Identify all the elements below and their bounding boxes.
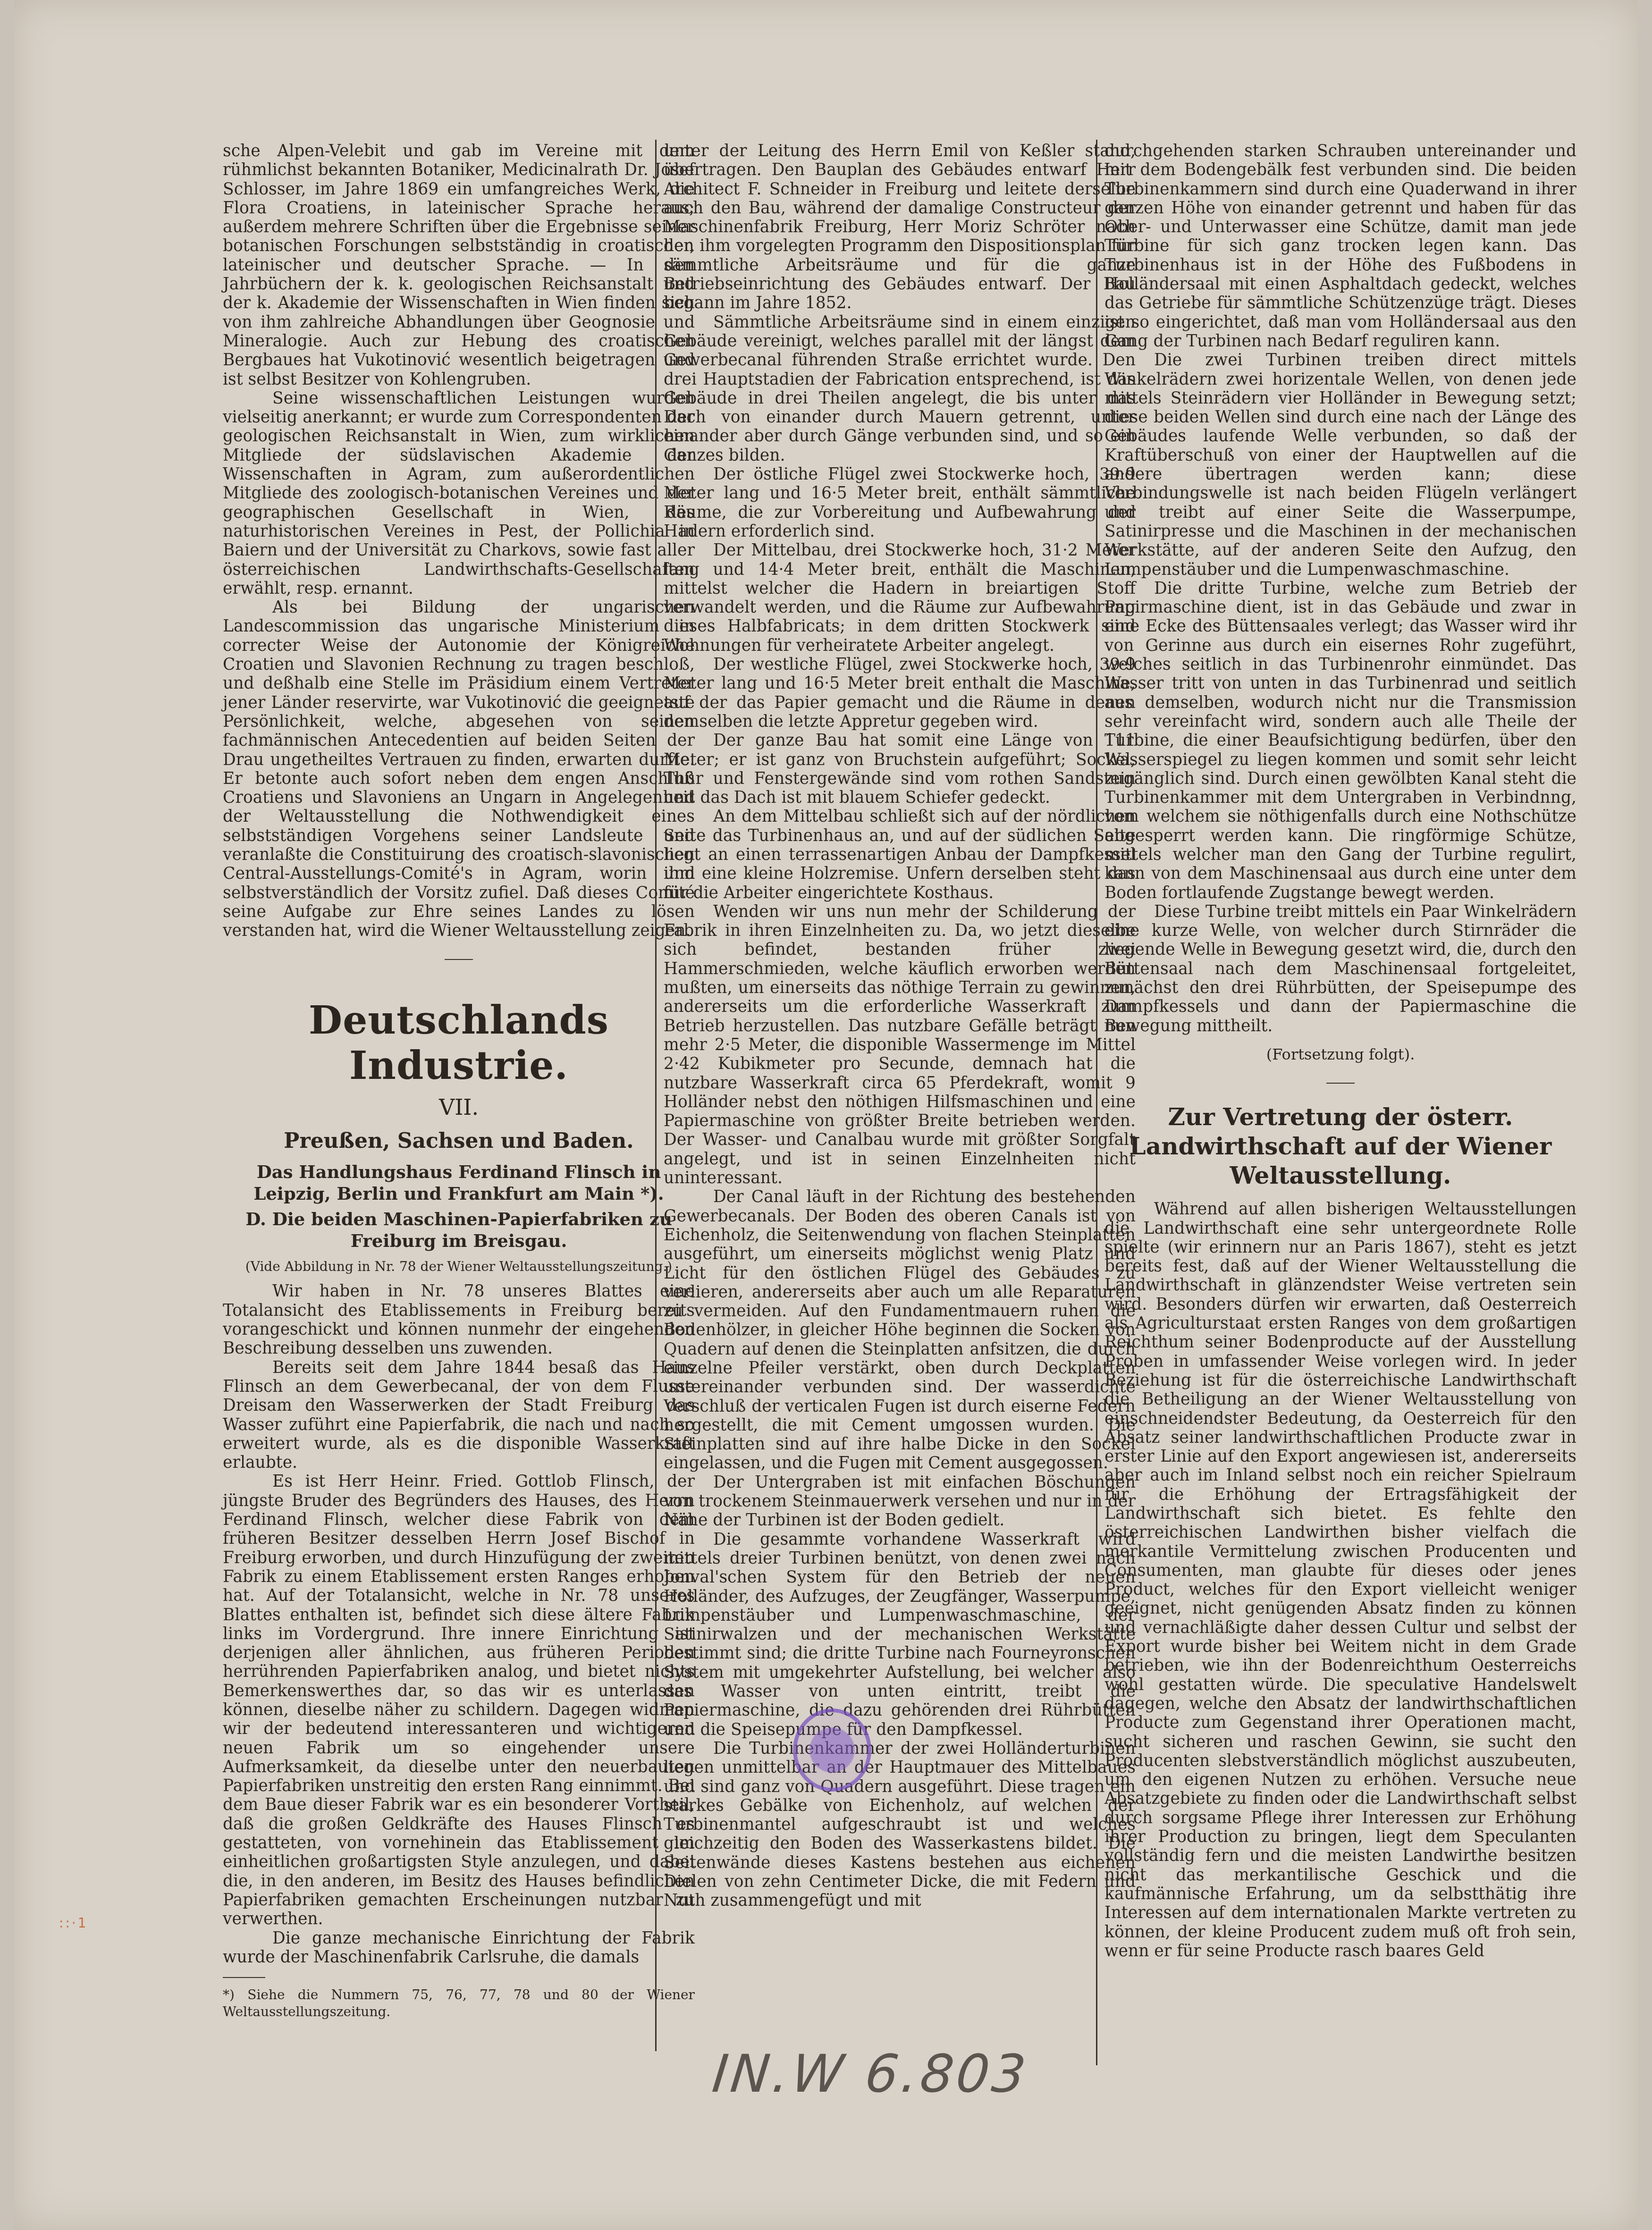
paragraph: Als bei Bildung der ungarischen Landesco…: [223, 598, 695, 940]
paragraph: Wir haben in Nr. 78 unseres Blattes eine…: [223, 1282, 695, 1358]
library-stamp-icon: [793, 1708, 871, 1792]
paragraph: Sämmtliche Arbeitsräume sind in einem ei…: [664, 313, 1136, 465]
paragraph: Seine wissenschaftlichen Leistungen wurd…: [223, 389, 695, 598]
paragraph: Die zwei Turbinen treiben direct mittels…: [1104, 351, 1576, 579]
continuation-note: (Fortsetzung folgt).: [1104, 1045, 1576, 1064]
section-divider: [1326, 1083, 1355, 1084]
column-3: durchgehenden starken Schrauben unterein…: [1104, 142, 1576, 1961]
section-number: VII.: [223, 1093, 695, 1121]
paragraph: unter der Leitung des Herrn Emil von Keß…: [664, 142, 1136, 313]
footnote: *) Siehe die Nummern 75, 76, 77, 78 und …: [223, 1986, 695, 2020]
subheading: D. Die beiden Maschinen-Papierfabriken z…: [223, 1208, 695, 1252]
subheading: Preußen, Sachsen und Baden.: [223, 1128, 695, 1154]
section-divider: [445, 959, 473, 960]
paragraph: Die dritte Turbine, welche zum Betrieb d…: [1104, 579, 1576, 902]
paragraph: Der westliche Flügel, zwei Stockwerke ho…: [664, 655, 1136, 731]
paragraph: Bereits seit dem Jahre 1844 besaß das Ha…: [223, 1358, 695, 1473]
paragraph: Der Untergraben ist mit einfachen Böschu…: [664, 1473, 1136, 1530]
paragraph: Wenden wir uns nun mehr der Schilderung …: [664, 902, 1136, 1187]
paragraph: durchgehenden starken Schrauben unterein…: [1104, 142, 1576, 351]
column-2: unter der Leitung des Herrn Emil von Keß…: [664, 142, 1136, 1910]
paragraph: sche Alpen-Velebit und gab im Vereine mi…: [223, 142, 695, 389]
paragraph: Der Mittelbau, drei Stockwerke hoch, 31·…: [664, 541, 1136, 655]
article-headline: Deutschlands Industrie.: [223, 998, 695, 1088]
paragraph: Die Turbinenkammer der zwei Holländertur…: [664, 1739, 1136, 1910]
article-headline: Zur Vertretung der österr. Landwirthscha…: [1104, 1102, 1576, 1190]
paragraph: Der ganze Bau hat somit eine Länge von 1…: [664, 731, 1136, 807]
paragraph: Der Canal läuft in der Richtung des best…: [664, 1187, 1136, 1473]
margin-mark: ::·1: [59, 1915, 88, 1931]
column-1: sche Alpen-Velebit und gab im Vereine mi…: [223, 142, 695, 2020]
paragraph: Die gesammte vorhandene Wasserkraft wird…: [664, 1530, 1136, 1739]
paragraph: Der östliche Flügel zwei Stockwerke hoch…: [664, 465, 1136, 541]
footnote-divider: [223, 1977, 265, 1978]
illustration-note: (Vide Abbildung in Nr. 78 der Wiener Wel…: [223, 1258, 695, 1275]
paragraph: An dem Mittelbau schließt sich auf der n…: [664, 807, 1136, 902]
paragraph: Während auf allen bisherigen Weltausstel…: [1104, 1200, 1576, 1961]
newspaper-page: sche Alpen-Velebit und gab im Vereine mi…: [14, 0, 1638, 2230]
paragraph: Diese Turbine treibt mittels ein Paar Wi…: [1104, 902, 1576, 1035]
paragraph: Es ist Herr Heinr. Fried. Gottlob Flinsc…: [223, 1472, 695, 1928]
inventory-number: IN.W 6.803: [709, 2044, 1031, 2104]
paragraph: Die ganze mechanische Einrichtung der Fa…: [223, 1929, 695, 1967]
subheading: Das Handlungshaus Ferdinand Flinsch in L…: [223, 1161, 695, 1204]
